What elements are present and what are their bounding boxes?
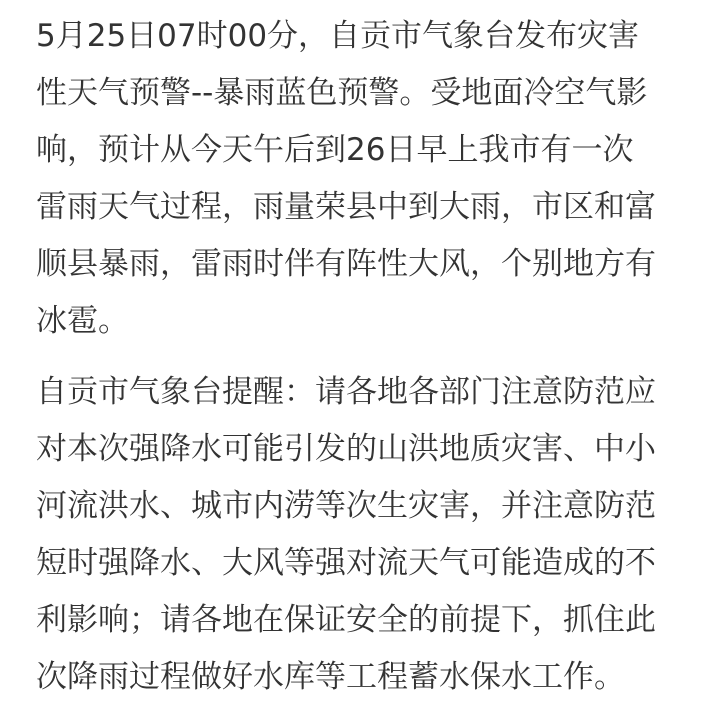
- text-line: 利影响；请各地在保证安全的前提下，抓住此: [36, 592, 696, 649]
- weather-warning-article: 5月25日07时00分，自贡市气象台发布灾害 性天气预警--暴雨蓝色预警。受地面…: [36, 8, 696, 706]
- text-line: 雷雨天气过程，雨量荣县中到大雨，市区和富: [36, 179, 696, 236]
- text-line: 自贡市气象台提醒：请各地各部门注意防范应: [36, 364, 696, 421]
- reminder-paragraph: 自贡市气象台提醒：请各地各部门注意防范应 对本次强降水可能引发的山洪地质灾害、中…: [36, 364, 696, 706]
- text-line: 响，预计从今天午后到26日早上我市有一次: [36, 122, 696, 179]
- text-line: 河流洪水、城市内涝等次生灾害，并注意防范: [36, 478, 696, 535]
- text-line: 5月25日07时00分，自贡市气象台发布灾害: [36, 8, 696, 65]
- warning-paragraph: 5月25日07时00分，自贡市气象台发布灾害 性天气预警--暴雨蓝色预警。受地面…: [36, 8, 696, 350]
- text-line: 性天气预警--暴雨蓝色预警。受地面冷空气影: [36, 65, 696, 122]
- text-line: 冰雹。: [36, 293, 696, 350]
- text-line: 次降雨过程做好水库等工程蓄水保水工作。: [36, 649, 696, 706]
- text-line: 顺县暴雨，雷雨时伴有阵性大风，个别地方有: [36, 236, 696, 293]
- text-line: 对本次强降水可能引发的山洪地质灾害、中小: [36, 421, 696, 478]
- text-line: 短时强降水、大风等强对流天气可能造成的不: [36, 535, 696, 592]
